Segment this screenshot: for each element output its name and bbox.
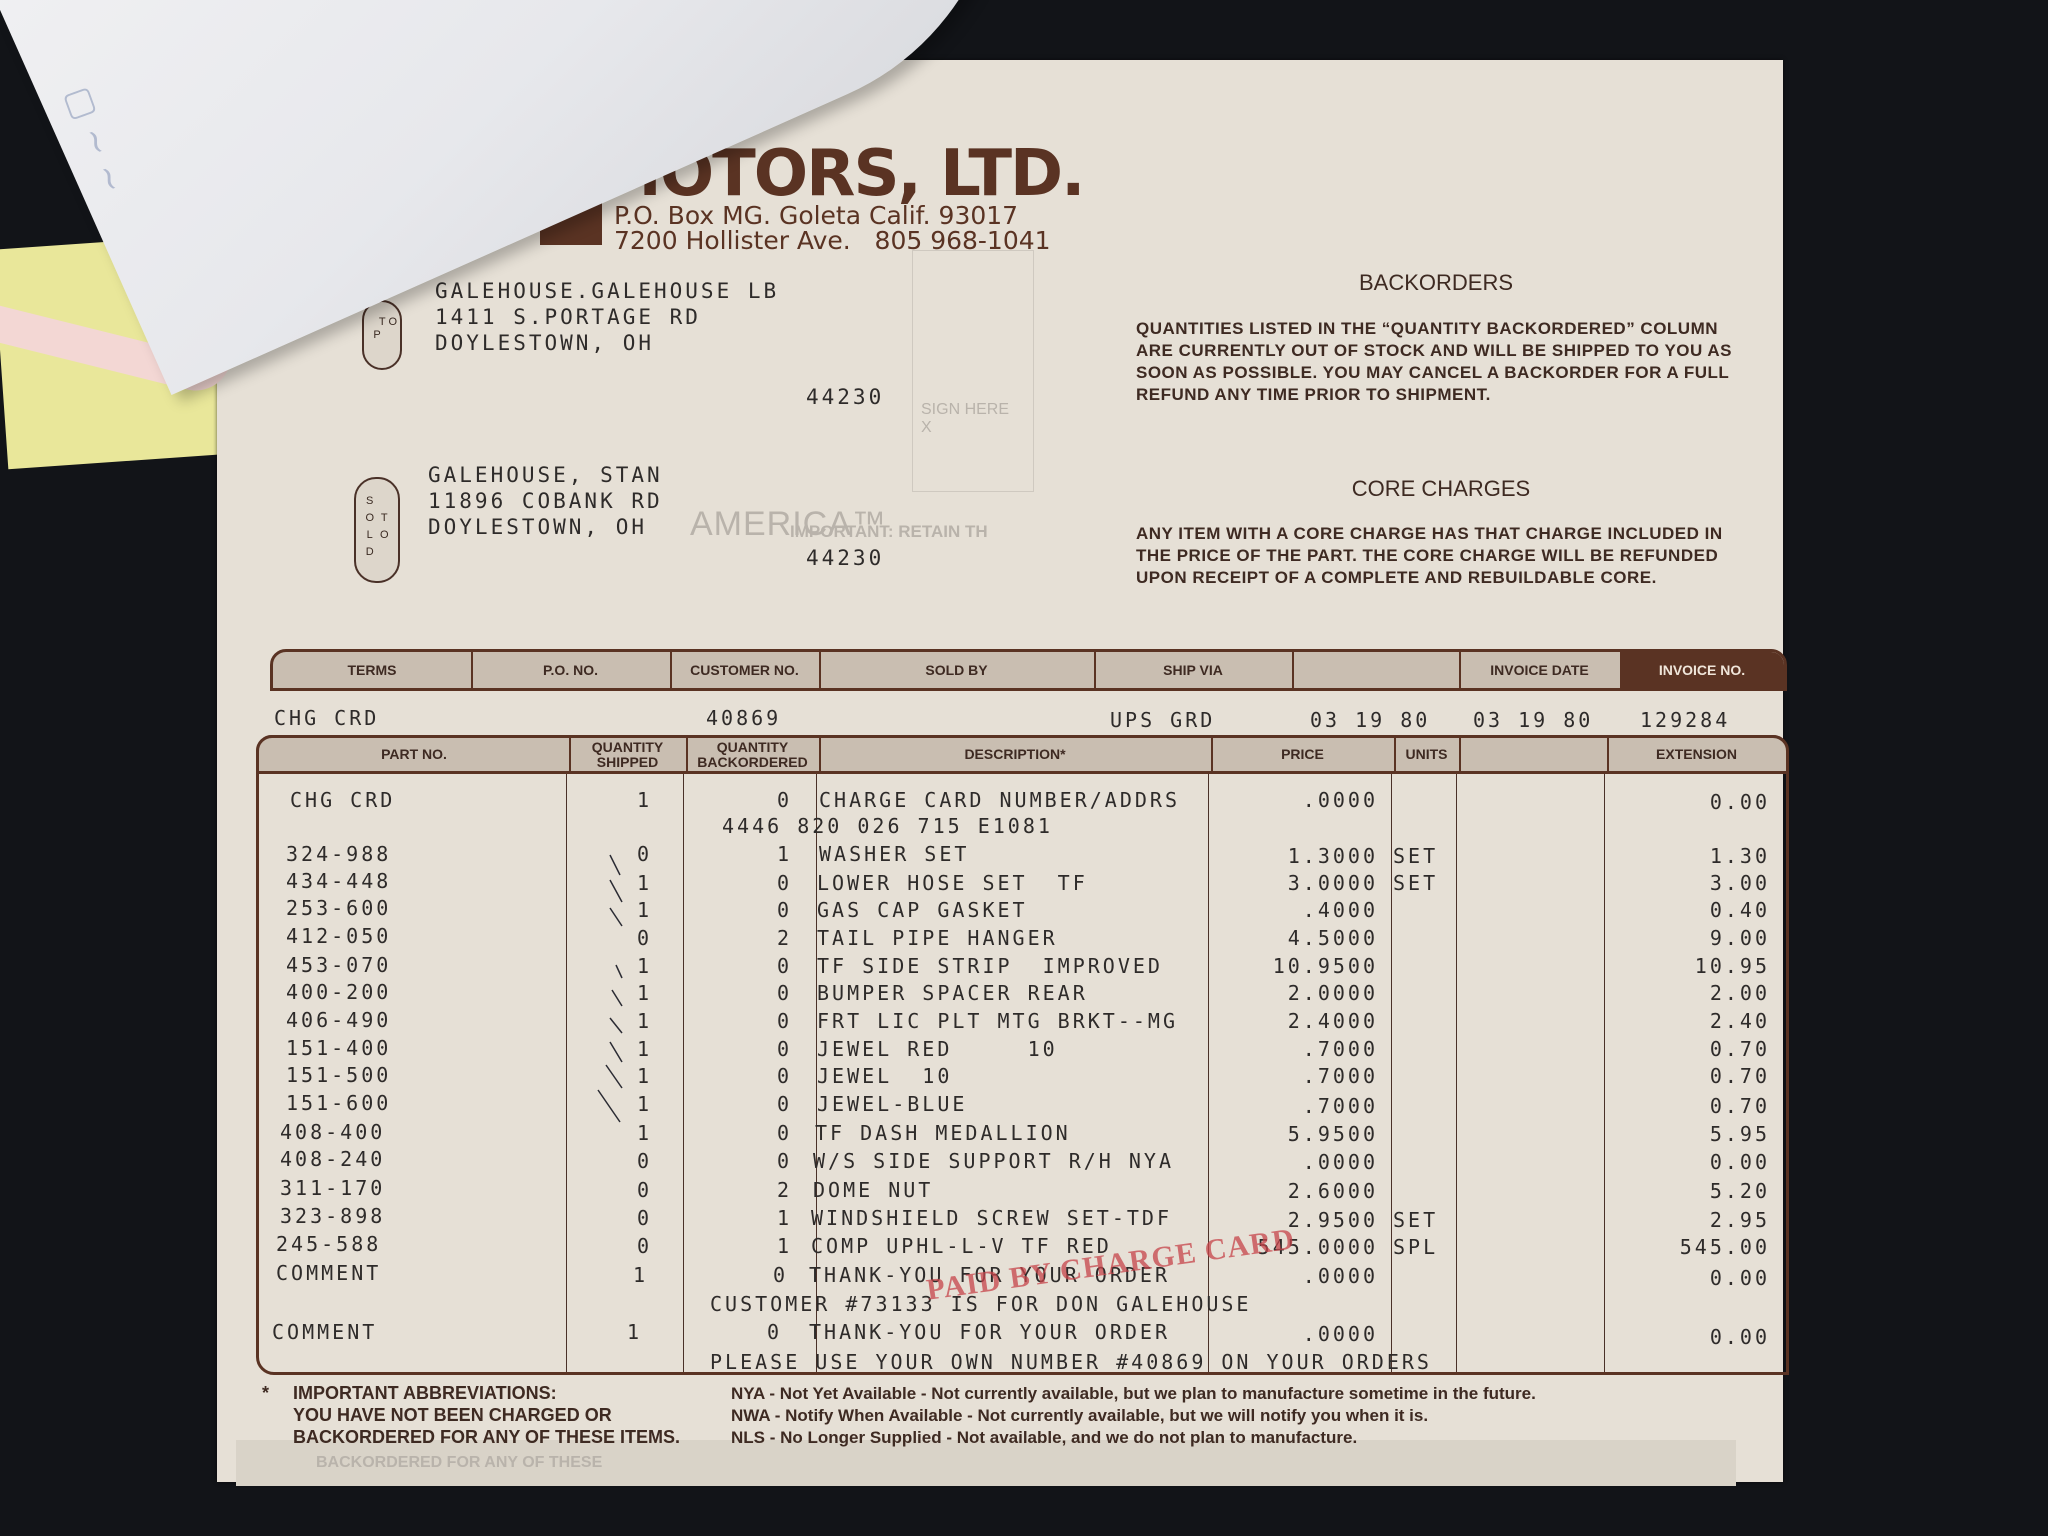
sold-to-letter: S xyxy=(365,493,374,510)
divider xyxy=(1208,774,1209,1372)
qty-shipped: 1 xyxy=(596,1263,648,1287)
header-invoice-no: INVOICE NO. xyxy=(1620,652,1784,688)
part-no: 408-240 xyxy=(280,1147,385,1171)
extension: 545.00 xyxy=(1610,1235,1770,1259)
qty-backordered: 0 xyxy=(740,1009,792,1033)
part-no: 311-170 xyxy=(280,1176,385,1200)
part-no: 151-500 xyxy=(286,1063,391,1087)
ship-to-name: GALEHOUSE.GALEHOUSE LB xyxy=(435,278,779,304)
header-ship-via: SHIP VIA xyxy=(1094,652,1294,688)
part-no: 245-588 xyxy=(276,1232,381,1256)
part-no: CHG CRD xyxy=(290,788,395,812)
col-price: PRICE xyxy=(1211,738,1396,771)
units: SET xyxy=(1393,844,1438,868)
sold-to-city: DOYLESTOWN, OH xyxy=(428,514,663,540)
sold-to-zip: 44230 xyxy=(806,545,884,571)
extension: 0.00 xyxy=(1610,790,1770,814)
ship-to-address: GALEHOUSE.GALEHOUSE LB1411 S.PORTAGE RDD… xyxy=(435,278,779,356)
part-no: 253-600 xyxy=(286,896,391,920)
part-no: 324-988 xyxy=(286,842,391,866)
extension: 10.95 xyxy=(1610,954,1770,978)
extension: 5.20 xyxy=(1610,1179,1770,1203)
ghost-sign-box: SIGN HERE X xyxy=(912,250,1034,492)
description: JEWEL RED 10 xyxy=(817,1037,1058,1061)
qty-shipped: 1 xyxy=(590,1320,642,1344)
abbreviation-nwa: NWA - Notify When Available - Not curren… xyxy=(731,1405,1536,1427)
ship-to-label: T O P xyxy=(362,300,402,370)
sold-to-street: 11896 COBANK RD xyxy=(428,488,663,514)
extension: 0.40 xyxy=(1610,898,1770,922)
ship-to-letter: T xyxy=(379,316,386,328)
qty-shipped: 0 xyxy=(600,1178,652,1202)
price: 5.9500 xyxy=(1210,1122,1378,1146)
part-no: 406-490 xyxy=(286,1008,391,1032)
col-qty-backordered: QUANTITY BACKORDERED xyxy=(686,738,821,771)
price: 2.4000 xyxy=(1210,1009,1378,1033)
handwritten-check-marks xyxy=(580,850,640,1140)
ship-to-city: DOYLESTOWN, OH xyxy=(435,330,779,356)
description: TF DASH MEDALLION xyxy=(815,1121,1071,1145)
extension: 0.00 xyxy=(1610,1325,1770,1349)
customer-no-value: 40869 xyxy=(706,706,781,730)
description: JEWEL 10 xyxy=(817,1064,952,1088)
extension: 9.00 xyxy=(1610,926,1770,950)
description: WINDSHIELD SCREW SET-TDF xyxy=(811,1206,1172,1230)
extension: 5.95 xyxy=(1610,1122,1770,1146)
qty-backordered: 0 xyxy=(740,871,792,895)
sold-to-letter: L xyxy=(365,527,374,544)
part-no: 151-600 xyxy=(286,1091,391,1115)
price: 10.9500 xyxy=(1210,954,1378,978)
order-date-value: 03 19 80 xyxy=(1310,708,1430,732)
invoice-no-value: 129284 xyxy=(1640,708,1730,732)
divider xyxy=(1604,774,1605,1372)
price: 3.0000 xyxy=(1210,871,1378,895)
ship-to-letter: O xyxy=(389,316,398,328)
price: 2.9500 xyxy=(1210,1208,1378,1232)
footer-notice-line2: YOU HAVE NOT BEEN CHARGED OR xyxy=(293,1404,680,1426)
sold-to-letter: O xyxy=(365,510,374,527)
qty-shipped: 0 xyxy=(600,1234,652,1258)
price: 2.6000 xyxy=(1210,1179,1378,1203)
divider xyxy=(1456,774,1457,1372)
qty-backordered: 2 xyxy=(740,1178,792,1202)
divider xyxy=(566,774,567,1372)
ship-to-letter: P xyxy=(373,329,380,341)
description: WASHER SET xyxy=(819,842,969,866)
qty-backordered: 1 xyxy=(740,1234,792,1258)
price: 4.5000 xyxy=(1210,926,1378,950)
invoice-header-band: TERMS P.O. NO. CUSTOMER NO. SOLD BY SHIP… xyxy=(270,649,1787,691)
sold-to-letter: O xyxy=(380,527,389,544)
units: SET xyxy=(1393,1208,1438,1232)
description: DOME NUT xyxy=(813,1178,933,1202)
part-no: 151-400 xyxy=(286,1036,391,1060)
company-address-line2: 7200 Hollister Ave. 805 968-1041 xyxy=(614,228,1051,253)
description: W/S SIDE SUPPORT R/H NYA xyxy=(813,1149,1174,1173)
description: GAS CAP GASKET xyxy=(817,898,1028,922)
price: .0000 xyxy=(1210,1150,1378,1174)
footer-notice-line3: BACKORDERED FOR ANY OF THESE ITEMS. xyxy=(293,1426,680,1448)
description: BUMPER SPACER REAR xyxy=(817,981,1088,1005)
qty-shipped: 0 xyxy=(600,1206,652,1230)
abbreviations-list: NYA - Not Yet Available - Not currently … xyxy=(731,1383,1536,1449)
ship-to-zip: 44230 xyxy=(806,384,884,410)
header-sold-by: SOLD BY xyxy=(819,652,1096,688)
header-customer-no: CUSTOMER NO. xyxy=(670,652,821,688)
sold-to-address: GALEHOUSE, STAN11896 COBANK RDDOYLESTOWN… xyxy=(428,462,663,540)
extension: 2.40 xyxy=(1610,1009,1770,1033)
price: .7000 xyxy=(1210,1037,1378,1061)
sold-to-name: GALEHOUSE, STAN xyxy=(428,462,663,488)
divider xyxy=(683,774,684,1372)
col-qty-shipped: QUANTITY SHIPPED xyxy=(569,738,688,771)
qty-backordered: 0 xyxy=(730,1320,782,1344)
core-charges-title: CORE CHARGES xyxy=(1136,476,1746,502)
footer-notice-line1: IMPORTANT ABBREVIATIONS: xyxy=(293,1382,680,1404)
extension: 0.00 xyxy=(1610,1150,1770,1174)
footer-asterisk: * xyxy=(262,1382,269,1404)
extension: 2.95 xyxy=(1610,1208,1770,1232)
extension: 0.70 xyxy=(1610,1064,1770,1088)
qty-backordered: 0 xyxy=(740,1149,792,1173)
description: CHARGE CARD NUMBER/ADDRS xyxy=(819,788,1180,812)
col-extension: EXTENSION xyxy=(1607,738,1786,771)
price: 1.3000 xyxy=(1210,844,1378,868)
price: .0000 xyxy=(1210,788,1378,812)
description: LOWER HOSE SET TF xyxy=(817,871,1088,895)
col-blank xyxy=(1459,738,1609,771)
col-units: UNITS xyxy=(1394,738,1461,771)
description: FRT LIC PLT MTG BRKT--MG xyxy=(817,1009,1178,1033)
qty-backordered: 1 xyxy=(740,1206,792,1230)
units: SPL xyxy=(1393,1235,1438,1259)
extension: 0.70 xyxy=(1610,1037,1770,1061)
qty-backordered: 0 xyxy=(740,1121,792,1145)
part-no: 412-050 xyxy=(286,924,391,948)
qty-backordered: 0 xyxy=(736,1263,788,1287)
ghost-sign-here: SIGN HERE X xyxy=(921,401,1021,437)
qty-backordered: 0 xyxy=(740,1092,792,1116)
price: .4000 xyxy=(1210,898,1378,922)
footer-notice: IMPORTANT ABBREVIATIONS: YOU HAVE NOT BE… xyxy=(293,1382,680,1448)
sold-to-letter: D xyxy=(365,544,374,561)
extension: 0.00 xyxy=(1610,1266,1770,1290)
backorders-title: BACKORDERS xyxy=(1136,270,1736,296)
extension: 0.70 xyxy=(1610,1094,1770,1118)
extension: 3.00 xyxy=(1610,871,1770,895)
price: .0000 xyxy=(1210,1322,1378,1346)
qty-backordered: 0 xyxy=(740,788,792,812)
qty-backordered: 0 xyxy=(740,954,792,978)
qty-backordered: 1 xyxy=(740,842,792,866)
part-no: 400-200 xyxy=(286,980,391,1004)
part-no: 323-898 xyxy=(280,1204,385,1228)
part-no: COMMENT xyxy=(272,1320,377,1344)
description: TF SIDE STRIP IMPROVED xyxy=(817,954,1163,978)
price: .0000 xyxy=(1210,1264,1378,1288)
company-address: P.O. Box MG. Goleta Calif. 930177200 Hol… xyxy=(614,203,1051,253)
terms-value: CHG CRD xyxy=(274,706,379,730)
header-blank xyxy=(1292,652,1461,688)
units: SET xyxy=(1393,871,1438,895)
col-description: DESCRIPTION* xyxy=(819,738,1213,771)
bleed-through-text: BACKORDERED FOR ANY OF THESE xyxy=(316,1454,602,1472)
price: 2.0000 xyxy=(1210,981,1378,1005)
ship-to-street: 1411 S.PORTAGE RD xyxy=(435,304,779,330)
backorders-text: QUANTITIES LISTED IN THE “QUANTITY BACKO… xyxy=(1136,318,1746,406)
part-no: 453-070 xyxy=(286,953,391,977)
sold-to-label: S O L D T O xyxy=(354,477,400,583)
ship-via-value: UPS GRD xyxy=(1110,708,1215,732)
qty-shipped: 1 xyxy=(600,788,652,812)
part-no: 408-400 xyxy=(280,1120,385,1144)
description: TAIL PIPE HANGER xyxy=(817,926,1058,950)
description: JEWEL-BLUE xyxy=(817,1092,967,1116)
ghost-important-text: IMPORTANT: RETAIN TH xyxy=(790,522,988,542)
part-no: 434-448 xyxy=(286,869,391,893)
abbreviation-nya: NYA - Not Yet Available - Not currently … xyxy=(731,1383,1536,1405)
header-terms: TERMS xyxy=(273,652,473,688)
company-address-line1: P.O. Box MG. Goleta Calif. 93017 xyxy=(614,203,1051,228)
col-part-no: PART NO. xyxy=(259,738,571,771)
qty-backordered: 2 xyxy=(740,926,792,950)
qty-shipped: 0 xyxy=(600,1149,652,1173)
line-items-header: PART NO. QUANTITY SHIPPED QUANTITY BACKO… xyxy=(256,735,1789,774)
description: 4446 820 026 715 E1081 xyxy=(722,814,1053,838)
invoice-date-value: 03 19 80 xyxy=(1473,708,1593,732)
qty-backordered: 0 xyxy=(740,981,792,1005)
qty-backordered: 0 xyxy=(740,1037,792,1061)
part-no: COMMENT xyxy=(276,1261,381,1285)
core-charges-text: ANY ITEM WITH A CORE CHARGE HAS THAT CHA… xyxy=(1136,523,1761,589)
sold-to-letter: T xyxy=(380,510,389,527)
divider xyxy=(1391,774,1392,1372)
qty-backordered: 0 xyxy=(740,898,792,922)
abbreviation-nls: NLS - No Longer Supplied - Not available… xyxy=(731,1427,1536,1449)
header-invoice-date: INVOICE DATE xyxy=(1459,652,1622,688)
price: .7000 xyxy=(1210,1064,1378,1088)
qty-backordered: 0 xyxy=(740,1064,792,1088)
price: .7000 xyxy=(1210,1094,1378,1118)
description: THANK-YOU FOR YOUR ORDER xyxy=(809,1320,1170,1344)
extension: 1.30 xyxy=(1610,844,1770,868)
extension: 2.00 xyxy=(1610,981,1770,1005)
header-po-no: P.O. NO. xyxy=(471,652,672,688)
description: PLEASE USE YOUR OWN NUMBER #40869 ON YOU… xyxy=(710,1350,1432,1374)
